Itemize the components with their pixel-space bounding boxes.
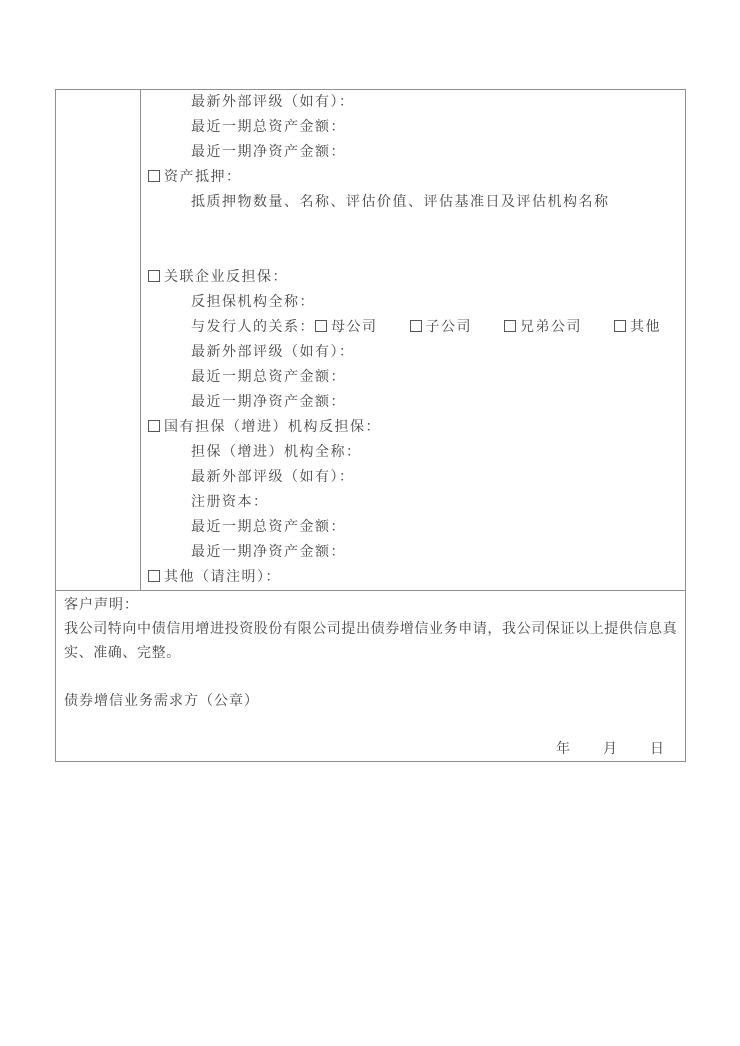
- checkbox-icon: [148, 270, 160, 282]
- declaration-blank-line: [64, 666, 677, 690]
- form-line-blank: [141, 215, 685, 240]
- checkbox-icon: [410, 320, 422, 332]
- form-line-sub: 最近一期净资产金额：: [141, 390, 685, 415]
- form-line-sub: 最近一期净资产金额：: [141, 140, 685, 165]
- declaration-blank-line: [64, 714, 677, 738]
- form-line-sub: 最新外部评级（如有）：: [141, 90, 685, 115]
- form-line-item: 国有担保（增进）机构反担保：: [141, 415, 685, 440]
- form-table: 最新外部评级（如有）：最近一期总资产金额：最近一期净资产金额：资产抵押：抵质押物…: [55, 89, 686, 762]
- form-line-label: 最新外部评级（如有）：: [191, 95, 355, 110]
- guarantee-row: 最新外部评级（如有）：最近一期总资产金额：最近一期净资产金额：资产抵押：抵质押物…: [56, 90, 685, 590]
- form-line-sub: 反担保机构全称：: [141, 290, 685, 315]
- form-line-label: 国有担保（增进）机构反担保：: [164, 420, 381, 435]
- checkbox-icon: [315, 320, 327, 332]
- relation-option: 子公司: [410, 320, 473, 335]
- form-line-label: 反担保机构全称：: [191, 295, 315, 310]
- form-line-label: 最近一期净资产金额：: [191, 545, 346, 560]
- declaration-body-line: 实、准确、完整。: [64, 642, 677, 666]
- form-line-sub: 最近一期总资产金额：: [141, 365, 685, 390]
- form-line-sub: 最近一期总资产金额：: [141, 115, 685, 140]
- form-line-item: 其他（请注明）：: [141, 565, 685, 590]
- form-line-sub: 最新外部评级（如有）：: [141, 465, 685, 490]
- guarantee-options-cell: 最新外部评级（如有）：最近一期总资产金额：最近一期净资产金额：资产抵押：抵质押物…: [141, 90, 685, 590]
- checkbox-icon: [148, 170, 160, 182]
- form-line-item: 关联企业反担保：: [141, 265, 685, 290]
- form-line-label: 最近一期总资产金额：: [191, 370, 346, 385]
- form-line-label: 最新外部评级（如有）：: [191, 345, 355, 360]
- checkbox-icon: [614, 320, 626, 332]
- relation-line: 与发行人的关系：母公司子公司兄弟公司其他: [141, 315, 685, 340]
- form-line-label: 其他（请注明）：: [164, 570, 281, 585]
- form-line-label: 最近一期总资产金额：: [191, 120, 346, 135]
- relation-option-label: 母公司: [331, 320, 378, 335]
- declaration-cell: 客户声明： 我公司特向中债信用增进投资股份有限公司提出债券增信业务申请，我公司保…: [56, 590, 685, 761]
- relation-option: 其他: [614, 320, 661, 335]
- form-line-label: 资产抵押：: [164, 170, 242, 185]
- checkbox-icon: [504, 320, 516, 332]
- checkbox-icon: [148, 570, 160, 582]
- form-line-blank: [141, 240, 685, 265]
- date-month: 月: [603, 742, 618, 757]
- form-line-sub: 抵质押物数量、名称、评估价值、评估基准日及评估机构名称: [141, 190, 685, 215]
- relation-option: 兄弟公司: [504, 320, 582, 335]
- form-line-item: 资产抵押：: [141, 165, 685, 190]
- relation-option-label: 子公司: [426, 320, 473, 335]
- relation-option-label: 其他: [630, 320, 661, 335]
- form-line-label: 最近一期净资产金额：: [191, 395, 346, 410]
- form-line-label: 关联企业反担保：: [164, 270, 288, 285]
- form-line-sub: 最近一期总资产金额：: [141, 515, 685, 540]
- declaration-heading: 客户声明：: [64, 594, 677, 618]
- form-line-sub: 注册资本：: [141, 490, 685, 515]
- date-day: 日: [650, 742, 665, 757]
- relation-option-label: 兄弟公司: [520, 320, 582, 335]
- form-line-label: 担保（增进）机构全称：: [191, 445, 362, 460]
- form-line-label: 注册资本：: [191, 495, 269, 510]
- table-category-cell: [56, 90, 141, 590]
- form-line-label: 最近一期总资产金额：: [191, 520, 346, 535]
- date-year: 年: [556, 742, 571, 757]
- checkbox-icon: [148, 420, 160, 432]
- declaration-body: 我公司特向中债信用增进投资股份有限公司提出债券增信业务申请，我公司保证以上提供信…: [64, 618, 677, 666]
- document-page: { "document": { "background": "#ffffff",…: [0, 0, 740, 1046]
- date-line: 年月日: [64, 738, 677, 761]
- form-line-label: 抵质押物数量、名称、评估价值、评估基准日及评估机构名称: [191, 195, 610, 210]
- declaration-body-line: 我公司特向中债信用增进投资股份有限公司提出债券增信业务申请，我公司保证以上提供信…: [64, 618, 677, 642]
- form-line-label: 最新外部评级（如有）：: [191, 470, 355, 485]
- form-line-label: 最近一期净资产金额：: [191, 145, 346, 160]
- form-line-sub: 最近一期净资产金额：: [141, 540, 685, 565]
- relation-option: 母公司: [315, 320, 378, 335]
- signature-line: 债券增信业务需求方（公章）: [64, 690, 677, 714]
- relation-label: 与发行人的关系：: [191, 320, 315, 335]
- form-line-sub: 担保（增进）机构全称：: [141, 440, 685, 465]
- form-line-sub: 最新外部评级（如有）：: [141, 340, 685, 365]
